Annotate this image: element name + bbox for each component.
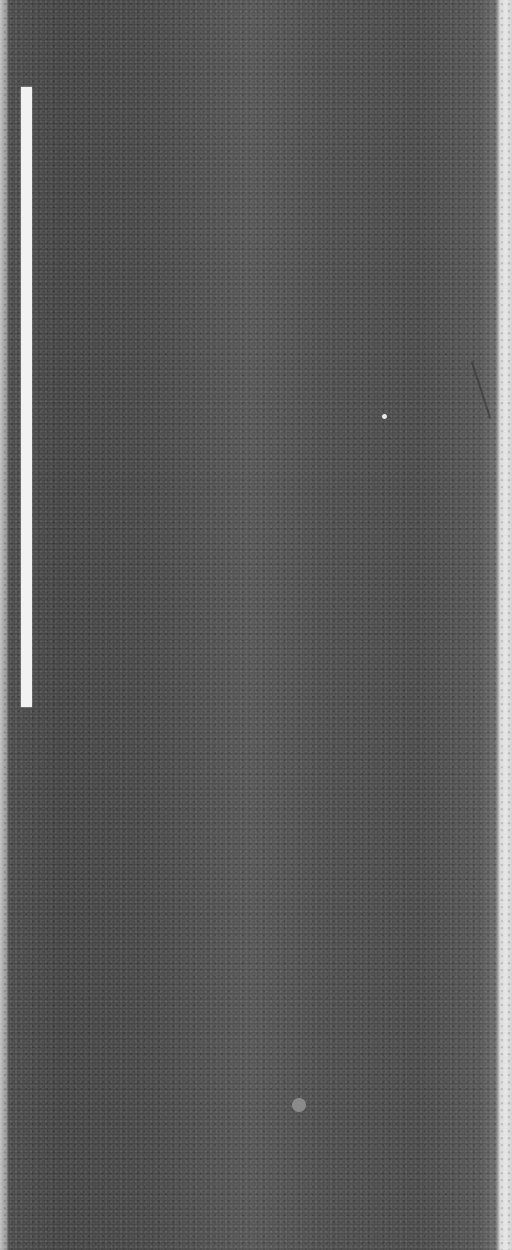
surface-spot <box>292 1098 306 1112</box>
asphalt-texture <box>0 0 512 1250</box>
lane-marking <box>21 87 32 707</box>
road-photo: Top-down view of asphalt road surface <box>0 0 512 1250</box>
surface-fleck <box>382 414 387 419</box>
